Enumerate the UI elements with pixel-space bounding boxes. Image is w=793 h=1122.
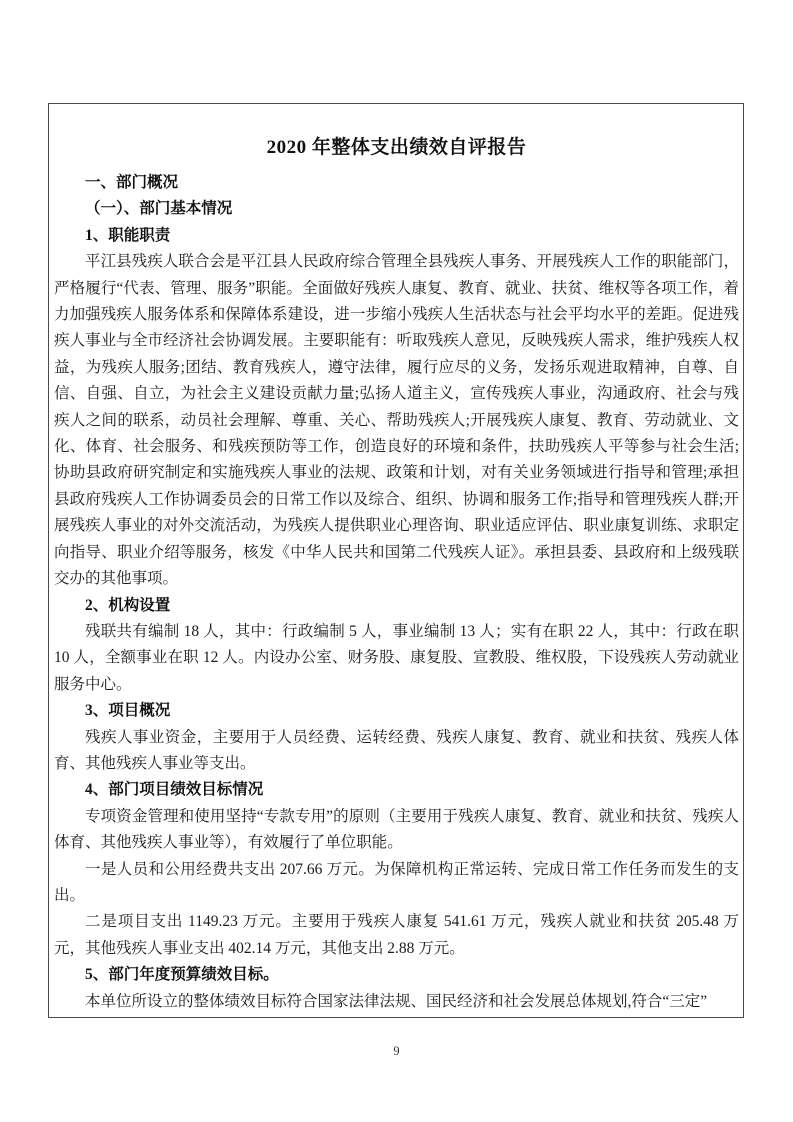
heading-project-performance-targets: 4、部门项目绩效目标情况: [54, 777, 739, 803]
heading-dept-basic-info: （一）、部门基本情况: [54, 196, 739, 222]
heading-dept-overview: 一、部门概况: [54, 170, 739, 196]
paragraph-overall-targets: 本单位所设立的整体绩效目标符合国家法律法规、国民经济和社会发展总体规划,符合“三…: [54, 989, 739, 1015]
heading-annual-budget-targets: 5、部门年度预算绩效目标。: [54, 962, 739, 988]
paragraph-org-structure: 残联共有编制 18 人，其中：行政编制 5 人，事业编制 13 人；实有在职 2…: [54, 619, 739, 698]
page-number: 9: [0, 1044, 793, 1059]
heading-project-overview: 3、项目概况: [54, 698, 739, 724]
heading-org-structure: 2、机构设置: [54, 593, 739, 619]
paragraph-project-expenditure: 二是项目支出 1149.23 万元。主要用于残疾人康复 541.61 万元，残疾…: [54, 909, 739, 962]
report-title: 2020 年整体支出绩效自评报告: [54, 132, 739, 164]
paragraph-duties: 平江县残疾人联合会是平江县人民政府综合管理全县残疾人事务、开展残疾人工作的职能部…: [54, 249, 739, 592]
paragraph-special-funds: 专项资金管理和使用坚持“专款专用”的原则（主要用于残疾人康复、教育、就业和扶贫、…: [54, 804, 739, 857]
document-page: 2020 年整体支出绩效自评报告 一、部门概况 （一）、部门基本情况 1、职能职…: [0, 0, 793, 1122]
paragraph-project-overview: 残疾人事业资金，主要用于人员经费、运转经费、残疾人康复、教育、就业和扶贫、残疾人…: [54, 725, 739, 778]
paragraph-personnel-expenditure: 一是人员和公用经费共支出 207.66 万元。为保障机构正常运转、完成日常工作任…: [54, 857, 739, 910]
report-border-box: 2020 年整体支出绩效自评报告 一、部门概况 （一）、部门基本情况 1、职能职…: [48, 103, 744, 1018]
heading-duties: 1、职能职责: [54, 223, 739, 249]
